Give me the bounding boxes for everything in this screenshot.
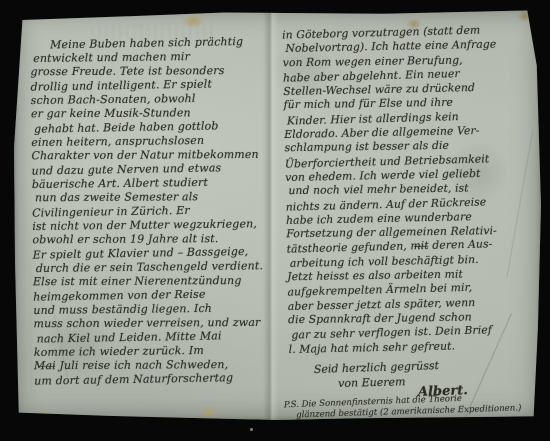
- paper-stain: [200, 406, 218, 418]
- handwritten-line: um dort auf dem Naturforschertag: [34, 370, 274, 388]
- photo-background: Meine Buben haben sich prächtigentwickel…: [0, 0, 550, 441]
- left-page-text: Meine Buben haben sich prächtigentwickel…: [30, 35, 274, 388]
- right-page-text: in Göteborg vorzutragen (statt demNobelv…: [282, 23, 539, 357]
- letter-paper: Meine Buben haben sich prächtigentwickel…: [14, 8, 541, 420]
- paper-stain: [518, 10, 532, 22]
- postscript-block: P.S. Die Sonnenfinsternis hat die Theori…: [284, 392, 522, 420]
- dust-speck: [250, 428, 253, 431]
- paper-stain: [38, 410, 50, 420]
